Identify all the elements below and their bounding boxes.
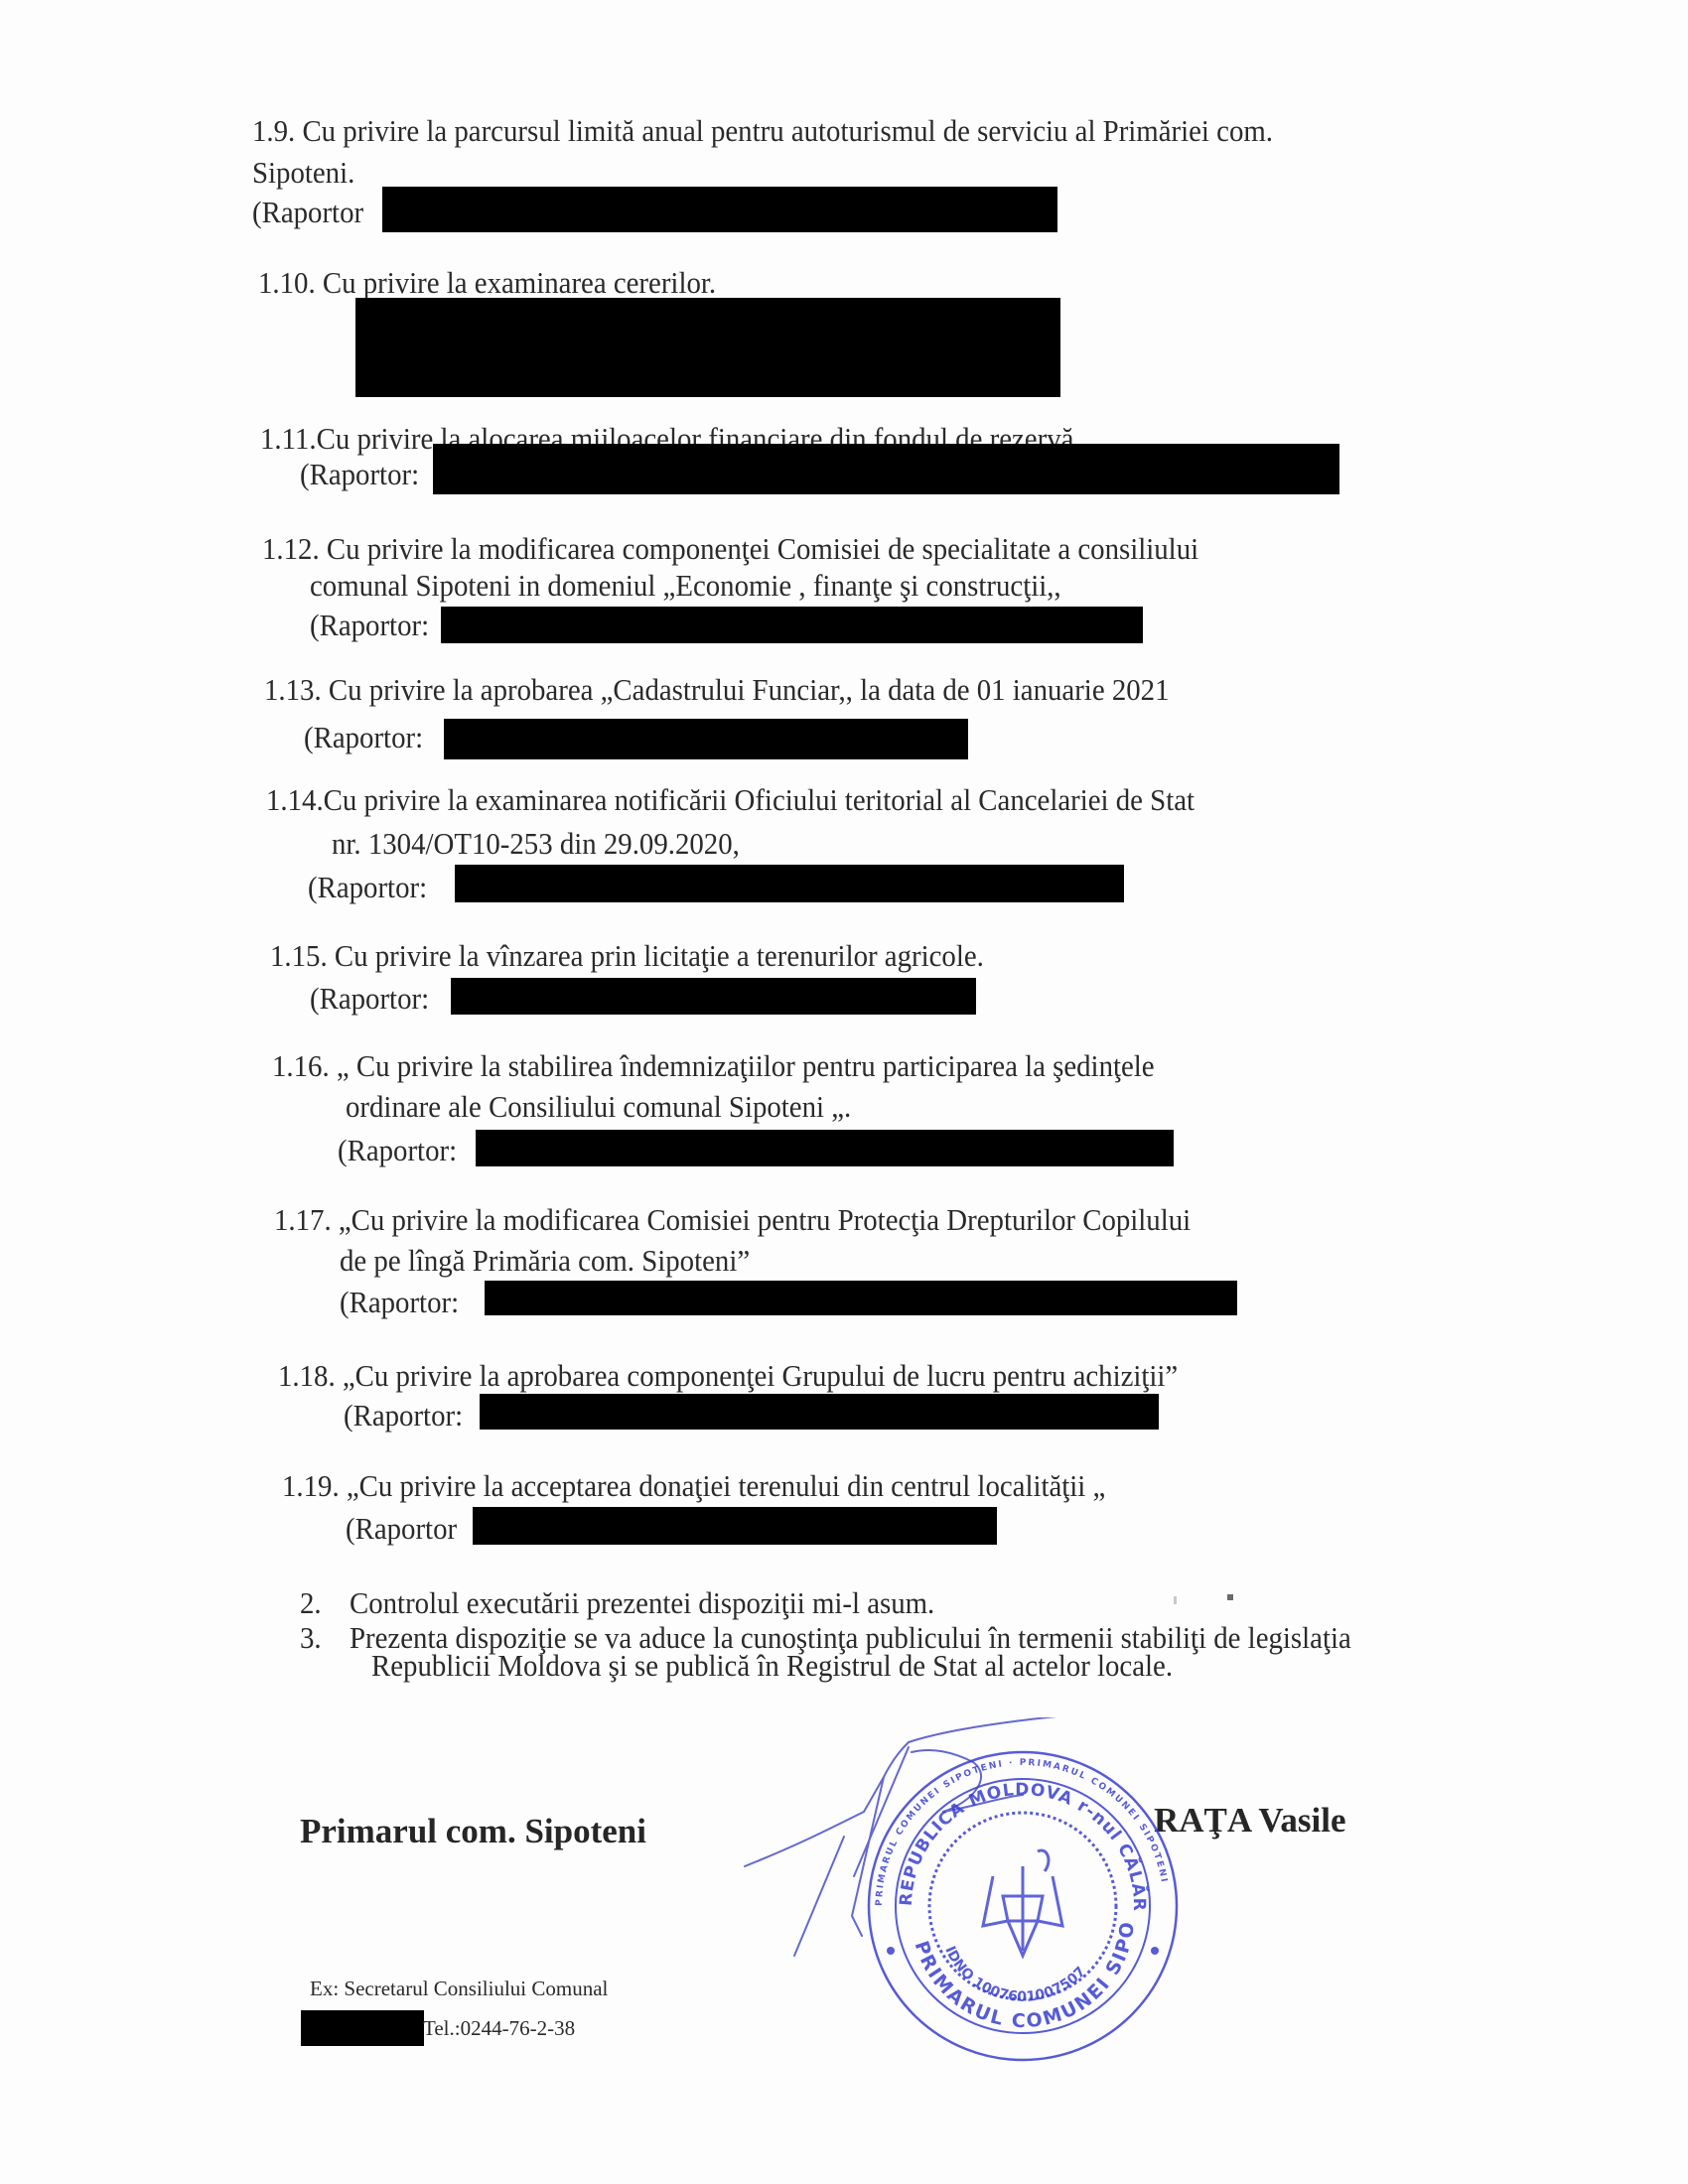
item-1-19-line-1: 1.19. „Cu privire la acceptarea donaţiei… (282, 1468, 1105, 1504)
item-1-17-rapporteur-label: (Raportor: (340, 1285, 459, 1320)
item-1-16-line-2: ordinare ale Consiliului comunal Sipoten… (346, 1089, 851, 1125)
item-1-12-line-2: comunal Sipoteni in domeniul „Economie ,… (310, 568, 1061, 604)
redaction-block (476, 1130, 1174, 1166)
item-1-14-line-1: 1.14.Cu privire la examinarea notificări… (266, 782, 1195, 818)
item-1-18-rapporteur-label: (Raportor: (344, 1398, 463, 1433)
clause-2-number: 2. (300, 1585, 322, 1621)
item-1-11-rapporteur-label: (Raportor: (300, 457, 419, 492)
item-1-15-line-1: 1.15. Cu privire la vînzarea prin licita… (270, 938, 984, 974)
item-1-17-line-2: de pe lîngă Primăria com. Sipoteni” (340, 1243, 750, 1279)
clause-3-number: 3. (300, 1620, 322, 1656)
item-1-14-rapporteur-label: (Raportor: (308, 870, 427, 905)
scan-speck (1174, 1596, 1177, 1604)
item-1-13-rapporteur-label: (Raportor: (304, 720, 423, 755)
item-1-17-line-1: 1.17. „Cu privire la modificarea Comisie… (274, 1202, 1191, 1238)
redaction-block (473, 1507, 997, 1545)
item-1-9-line-2: Sipoteni. (252, 155, 354, 191)
redaction-block (441, 607, 1143, 643)
redaction-block (444, 719, 968, 759)
document-page: 1.9. Cu privire la parcursul limită anua… (0, 0, 1688, 2184)
redaction-block (480, 1394, 1159, 1430)
signatory-name: RAŢA Vasile (1154, 1803, 1346, 1839)
redaction-block (382, 187, 1057, 232)
item-1-9-line-1: 1.9. Cu privire la parcursul limită anua… (252, 113, 1273, 149)
phone-number: Tel.:0244-76-2-38 (423, 2015, 575, 2041)
clause-2-text: Controlul executării prezentei dispoziţi… (350, 1585, 934, 1621)
official-stamp: PRIMARUL COMUNEI SIPOTENI · PRIMARUL COM… (864, 1747, 1182, 2065)
item-1-10-line-1: 1.10. Cu privire la examinarea cererilor… (258, 265, 716, 301)
item-1-16-line-1: 1.16. „ Cu privire la stabilirea îndemni… (272, 1048, 1155, 1084)
redaction-block (451, 978, 976, 1015)
scan-speck (1227, 1594, 1233, 1600)
item-1-18-line-1: 1.18. „Cu privire la aprobarea componenţ… (278, 1358, 1178, 1394)
redaction-block (455, 865, 1124, 902)
executor-label: Ex: Secretarul Consiliului Comunal (310, 1976, 608, 2001)
item-1-19-rapporteur-label: (Raportor (346, 1511, 457, 1547)
item-1-15-rapporteur-label: (Raportor: (310, 981, 429, 1017)
item-1-14-line-2: nr. 1304/OT10-253 din 29.09.2020, (332, 826, 740, 862)
item-1-9-rapporteur-label: (Raportor (252, 195, 363, 230)
item-1-16-rapporteur-label: (Raportor: (338, 1133, 457, 1168)
redaction-block (485, 1281, 1237, 1315)
redaction-block (301, 2010, 424, 2046)
item-1-12-rapporteur-label: (Raportor: (310, 608, 429, 643)
redaction-block (433, 444, 1339, 494)
item-1-13-line-1: 1.13. Cu privire la aprobarea „Cadastrul… (264, 672, 1169, 708)
redaction-block (355, 298, 1060, 397)
signatory-title: Primarul com. Sipoteni (300, 1814, 646, 1849)
clause-3-text-line-2: Republicii Moldova şi se publică în Regi… (371, 1648, 1173, 1684)
item-1-12-line-1: 1.12. Cu privire la modificarea componen… (262, 531, 1198, 567)
